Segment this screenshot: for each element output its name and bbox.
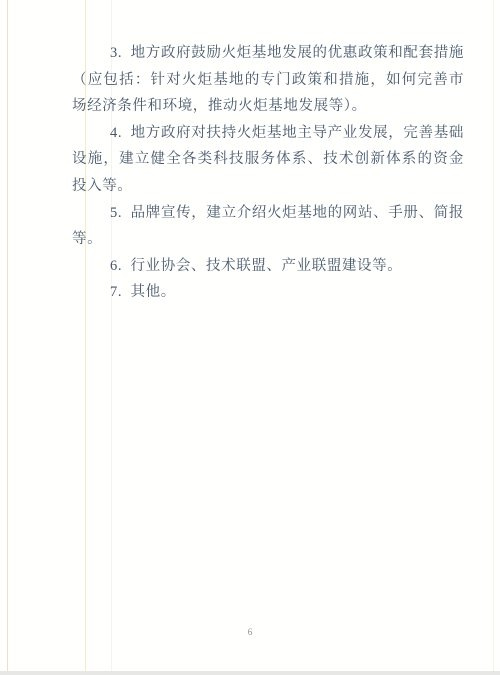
page-edge-bottom-strip [0,671,500,675]
page-footer: 6 [85,622,415,640]
document-body: 3. 地方政府鼓励火炬基地发展的优惠政策和配套措施（应包括：针对火炬基地的专门政… [72,40,464,306]
paragraph-item-6: 6. 行业协会、技术联盟、产业联盟建设等。 [72,253,464,280]
paragraph-item-7: 7. 其他。 [72,279,464,306]
page-edge-line-right [493,0,494,675]
paragraph-item-5: 5. 品牌宣传，建立介绍火炬基地的网站、手册、简报等。 [72,200,464,253]
paragraph-item-4: 4. 地方政府对扶持火炬基地主导产业发展，完善基础设施，建立健全各类科技服务体系… [72,120,464,200]
paragraph-item-3: 3. 地方政府鼓励火炬基地发展的优惠政策和配套措施（应包括：针对火炬基地的专门政… [72,40,464,120]
document-page: 3. 地方政府鼓励火炬基地发展的优惠政策和配套措施（应包括：针对火炬基地的专门政… [0,0,500,675]
page-number: 6 [248,627,253,637]
page-edge-line-left-outer [7,0,8,675]
